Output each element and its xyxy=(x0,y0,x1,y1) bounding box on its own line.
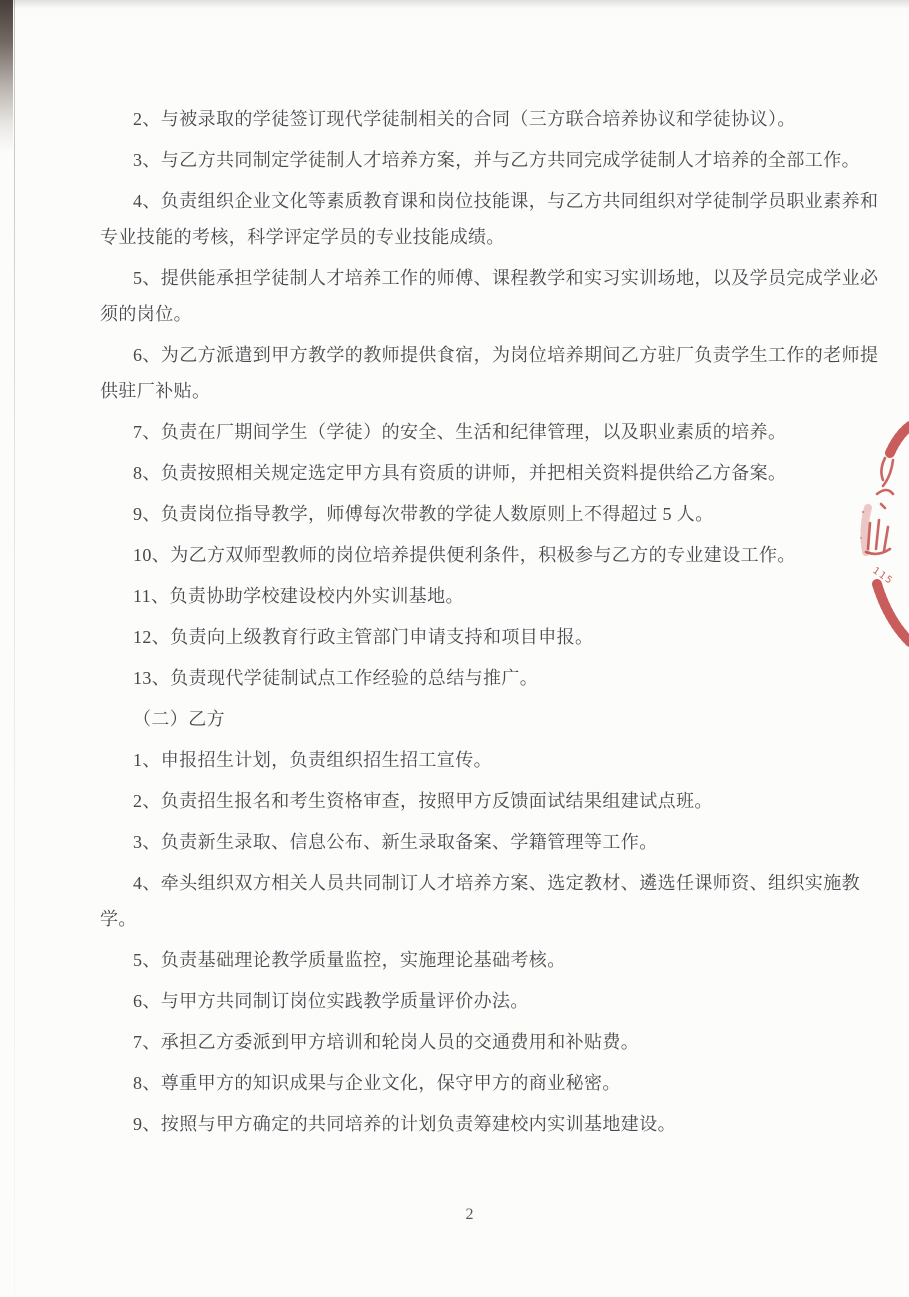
party-a-clause: 9、负责岗位指导教学，师傅每次带教的学徒人数原则上不得超过 5 人。 xyxy=(100,496,886,532)
party-a-clause: 11、负责协助学校建设校内外实训基地。 xyxy=(100,578,886,614)
party-a-clause: 13、负责现代学徒制试点工作经验的总结与推广。 xyxy=(100,660,886,696)
party-a-clause: 6、为乙方派遣到甲方教学的教师提供食宿，为岗位培养期间乙方驻厂负责学生工作的老师… xyxy=(100,337,886,409)
party-b-clause: 6、与甲方共同制订岗位实践教学质量评价办法。 xyxy=(100,983,886,1019)
party-a-clause: 10、为乙方双师型教师的岗位培养提供便利条件，积极参与乙方的专业建设工作。 xyxy=(100,537,886,573)
scan-fold-line xyxy=(14,0,15,1297)
party-b-clause: 8、尊重甲方的知识成果与企业文化，保守甲方的商业秘密。 xyxy=(100,1065,886,1101)
party-a-clause: 5、提供能承担学徒制人才培养工作的师傅、课程教学和实习实训场地，以及学员完成学业… xyxy=(100,260,886,332)
party-b-clause: 2、负责招生报名和考生资格审查，按照甲方反馈面试结果组建试点班。 xyxy=(100,783,886,819)
scan-edge-artifact xyxy=(0,0,13,152)
party-b-clause: 4、牵头组织双方相关人员共同制订人才培养方案、选定教材、遴选任课师资、组织实施教… xyxy=(100,865,886,937)
seal-ring-arc-bottom xyxy=(877,584,909,642)
seal-ring-arc-top xyxy=(890,426,909,453)
party-b-clause: 1、申报招生计划，负责组织招生招工宣传。 xyxy=(100,742,886,778)
party-b-clause: 5、负责基础理论教学质量监控，实施理论基础考核。 xyxy=(100,942,886,978)
official-seal-fragment: 115 xyxy=(857,420,909,655)
seal-ink-speck xyxy=(862,511,864,513)
party-b-clause: 9、按照与甲方确定的共同培养的计划负责筹建校内实训基地建设。 xyxy=(100,1106,886,1142)
party-a-clause: 7、负责在厂期间学生（学徒）的安全、生活和纪律管理，以及职业素质的培养。 xyxy=(100,414,886,450)
party-a-clause: 3、与乙方共同制定学徒制人才培养方案，并与乙方共同完成学徒制人才培养的全部工作。 xyxy=(100,142,886,178)
seal-ink-speck xyxy=(860,537,862,539)
scan-top-edge-shadow xyxy=(0,0,909,9)
party-a-clause: 12、负责向上级教育行政主管部门申请支持和项目申报。 xyxy=(100,619,886,655)
seal-script-upper xyxy=(877,458,893,508)
party-b-clause: 3、负责新生录取、信息公布、新生录取备案、学籍管理等工作。 xyxy=(100,824,886,860)
section-heading-party-b: （二）乙方 xyxy=(100,701,886,737)
party-a-clause: 2、与被录取的学徒签订现代学徒制相关的合同（三方联合培养协议和学徒协议）。 xyxy=(100,101,886,137)
party-a-clause: 8、负责按照相关规定选定甲方具有资质的讲师，并把相关资料提供给乙方备案。 xyxy=(100,455,886,491)
scanned-document-page: 2、与被录取的学徒签订现代学徒制相关的合同（三方联合培养协议和学徒协议）。3、与… xyxy=(0,0,909,1297)
page-number: 2 xyxy=(430,1203,510,1227)
party-b-clause: 7、承担乙方委派到甲方培训和轮岗人员的交通费用和补贴费。 xyxy=(100,1024,886,1060)
seal-script-lower xyxy=(866,520,890,554)
document-body: 2、与被录取的学徒签订现代学徒制相关的合同（三方联合培养协议和学徒协议）。3、与… xyxy=(100,101,886,1147)
party-a-clause: 4、负责组织企业文化等素质教育课和岗位技能课，与乙方共同组织对学徒制学员职业素养… xyxy=(100,183,886,255)
